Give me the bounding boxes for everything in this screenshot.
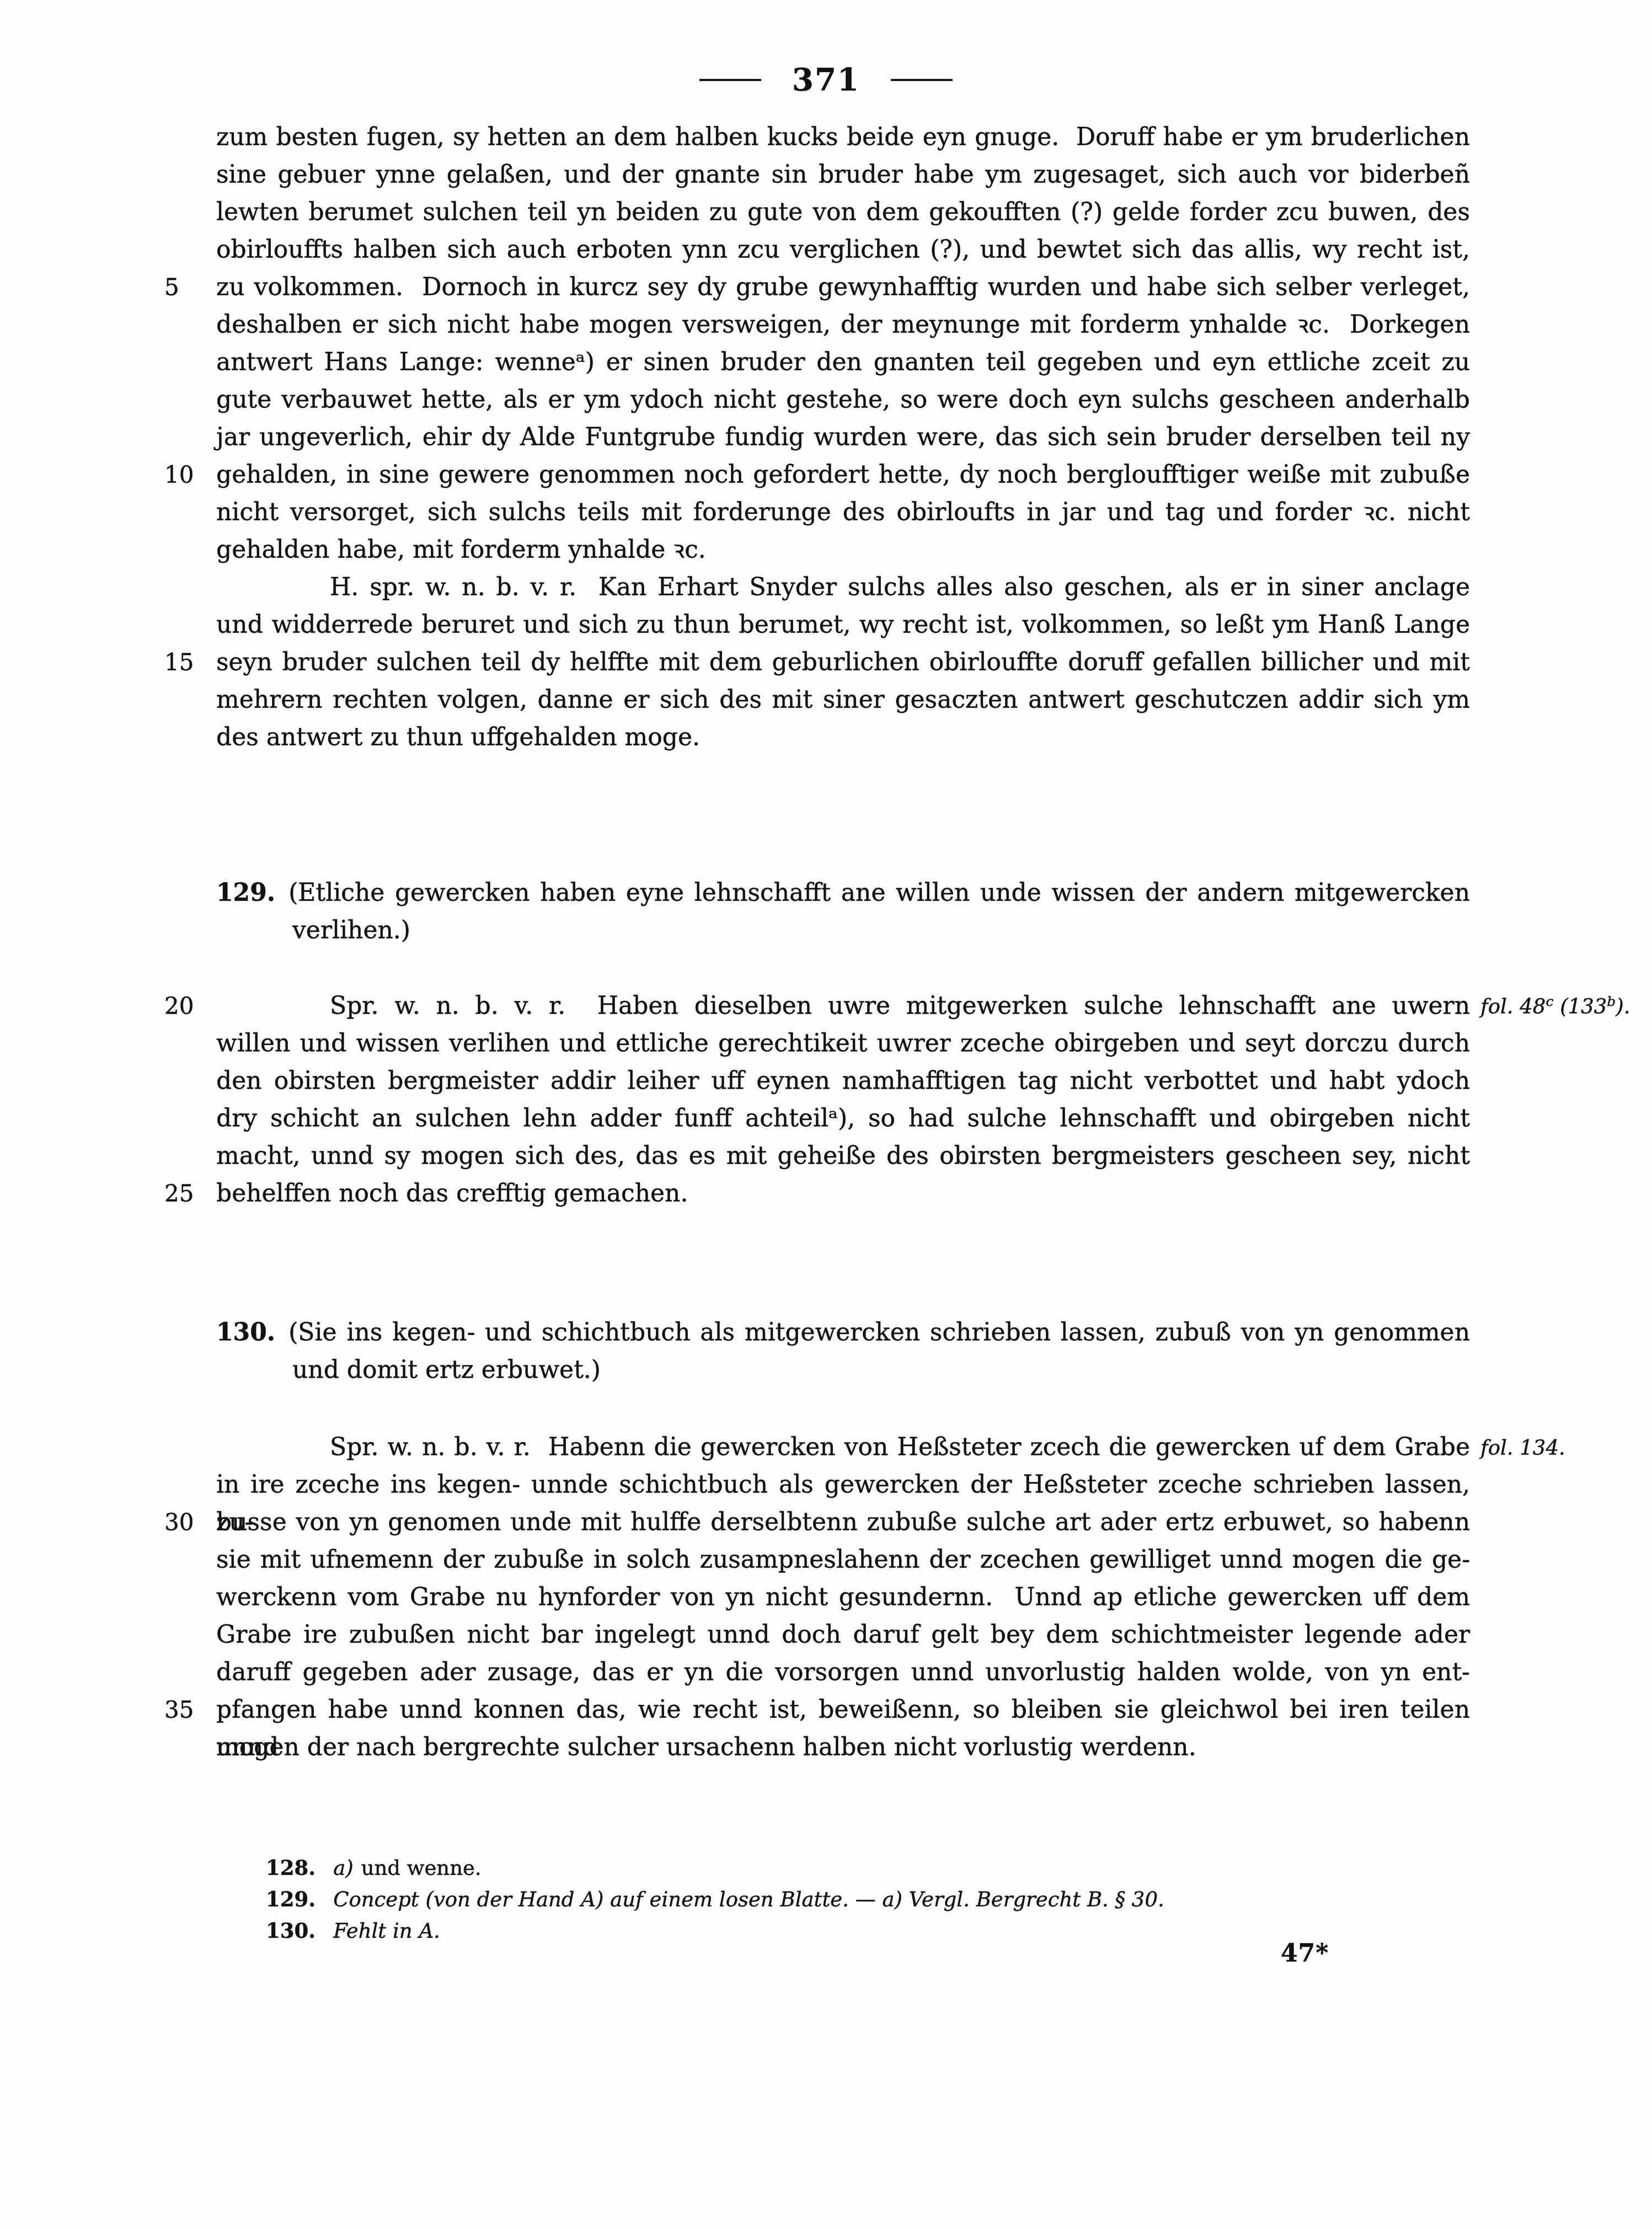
body-line: sine gebuer ynne gelaßen, und der gnante… bbox=[216, 156, 1470, 194]
footnote-number: 128. bbox=[266, 1856, 316, 1880]
body-line: 20Spr. w. n. b. v. r. Haben dieselben uw… bbox=[216, 987, 1470, 1025]
section-heading-line: und domit ertz erbuwet.) bbox=[216, 1351, 1470, 1389]
body-line: 25behelffen noch das crefftig gemachen. bbox=[216, 1175, 1470, 1212]
page-header: 371 bbox=[0, 62, 1652, 98]
line-number: 30 bbox=[164, 1504, 196, 1541]
body-line: und widderrede beruret und sich zu thun … bbox=[216, 606, 1470, 644]
body-line: antwert Hans Lange: wenneᵃ) er sinen bru… bbox=[216, 344, 1470, 381]
body-line: Grabe ire zubußen nicht bar ingelegt unn… bbox=[216, 1616, 1470, 1654]
body-line: sie mit ufnemenn der zubuße in solch zus… bbox=[216, 1541, 1470, 1579]
body-line: in ire zceche ins kegen- unnde schichtbu… bbox=[216, 1466, 1470, 1504]
footnote: 129.Concept (von der Hand A) auf einem l… bbox=[266, 1884, 1470, 1915]
text-block: zum besten fugen, sy hetten an dem halbe… bbox=[216, 119, 1470, 1947]
body-line: H. spr. w. n. b. v. r. Kan Erhart Snyder… bbox=[216, 569, 1470, 606]
section-heading-line: verlihen.) bbox=[216, 912, 1470, 949]
line-number: 25 bbox=[164, 1175, 196, 1212]
body-line: zum besten fugen, sy hetten an dem halbe… bbox=[216, 119, 1470, 156]
body-line: mogen der nach bergrechte sulcher ursach… bbox=[216, 1729, 1470, 1766]
body-line: 15seyn bruder sulchen teil dy helffte mi… bbox=[216, 644, 1470, 681]
body-line: 10gehalden, in sine gewere genommen noch… bbox=[216, 456, 1470, 494]
header-rule-right bbox=[891, 79, 953, 81]
footnote-number: 129. bbox=[266, 1887, 316, 1911]
body-line: deshalben er sich nicht habe mogen versw… bbox=[216, 306, 1470, 344]
body-line: mehrern rechten volgen, danne er sich de… bbox=[216, 681, 1470, 719]
body-line: werckenn vom Grabe nu hynforder von yn n… bbox=[216, 1579, 1470, 1616]
page-number: 371 bbox=[792, 62, 860, 98]
margin-note: fol. 134. bbox=[1480, 1429, 1565, 1467]
signature-mark: 47* bbox=[1281, 1939, 1329, 1968]
body-line: 35pfangen habe unnd konnen das, wie rech… bbox=[216, 1691, 1470, 1729]
footnote: 128.a)und wenne. bbox=[266, 1852, 1470, 1884]
footnote-number: 130. bbox=[266, 1918, 316, 1943]
body-line: gute verbauwet hette, als er ym ydoch ni… bbox=[216, 381, 1470, 419]
line-number: 5 bbox=[164, 269, 196, 306]
body-line: gehalden habe, mit forderm ynhalde ꝛc. bbox=[216, 531, 1470, 569]
footnotes-block: 128.a)und wenne. 129.Concept (von der Ha… bbox=[216, 1852, 1470, 1947]
header-rule-left bbox=[699, 79, 761, 81]
line-number: 35 bbox=[164, 1691, 196, 1729]
body-line: dry schicht an sulchen lehn adder funff … bbox=[216, 1100, 1470, 1137]
line-number: 20 bbox=[164, 987, 196, 1025]
body-line: daruff gegeben ader zusage, das er yn di… bbox=[216, 1654, 1470, 1691]
section-heading-line: 129.(Etliche gewercken haben eyne lehnsc… bbox=[216, 874, 1470, 912]
section-heading-line: 130.(Sie ins kegen- und schichtbuch als … bbox=[216, 1314, 1470, 1351]
body-line: den obirsten bergmeister addir leiher uf… bbox=[216, 1062, 1470, 1100]
margin-note: fol. 48c (133b). bbox=[1480, 988, 1630, 1025]
body-line: 30busse von yn genomen unde mit hulffe d… bbox=[216, 1504, 1470, 1541]
body-line: nicht versorget, sich sulchs teils mit f… bbox=[216, 494, 1470, 531]
body-line: 5zu volkommen. Dornoch in kurcz sey dy g… bbox=[216, 269, 1470, 306]
body-line: willen und wissen verlihen und ettliche … bbox=[216, 1025, 1470, 1062]
body-line: Spr. w. n. b. v. r. Habenn die gewercken… bbox=[216, 1429, 1470, 1466]
section-number: 130. bbox=[216, 1318, 275, 1346]
body-line: jar ungeverlich, ehir dy Alde Funtgrube … bbox=[216, 419, 1470, 456]
body-line: lewten berumet sulchen teil yn beiden zu… bbox=[216, 194, 1470, 231]
section-number: 129. bbox=[216, 879, 275, 907]
body-line: obirlouffts halben sich auch erboten ynn… bbox=[216, 231, 1470, 269]
scanned-book-page: 371 zum besten fugen, sy hetten an dem h… bbox=[0, 0, 1652, 2229]
line-number: 10 bbox=[164, 456, 196, 494]
line-number: 15 bbox=[164, 644, 196, 681]
body-line: macht, unnd sy mogen sich des, das es mi… bbox=[216, 1137, 1470, 1175]
body-line: des antwert zu thun uffgehalden moge. bbox=[216, 719, 1470, 756]
